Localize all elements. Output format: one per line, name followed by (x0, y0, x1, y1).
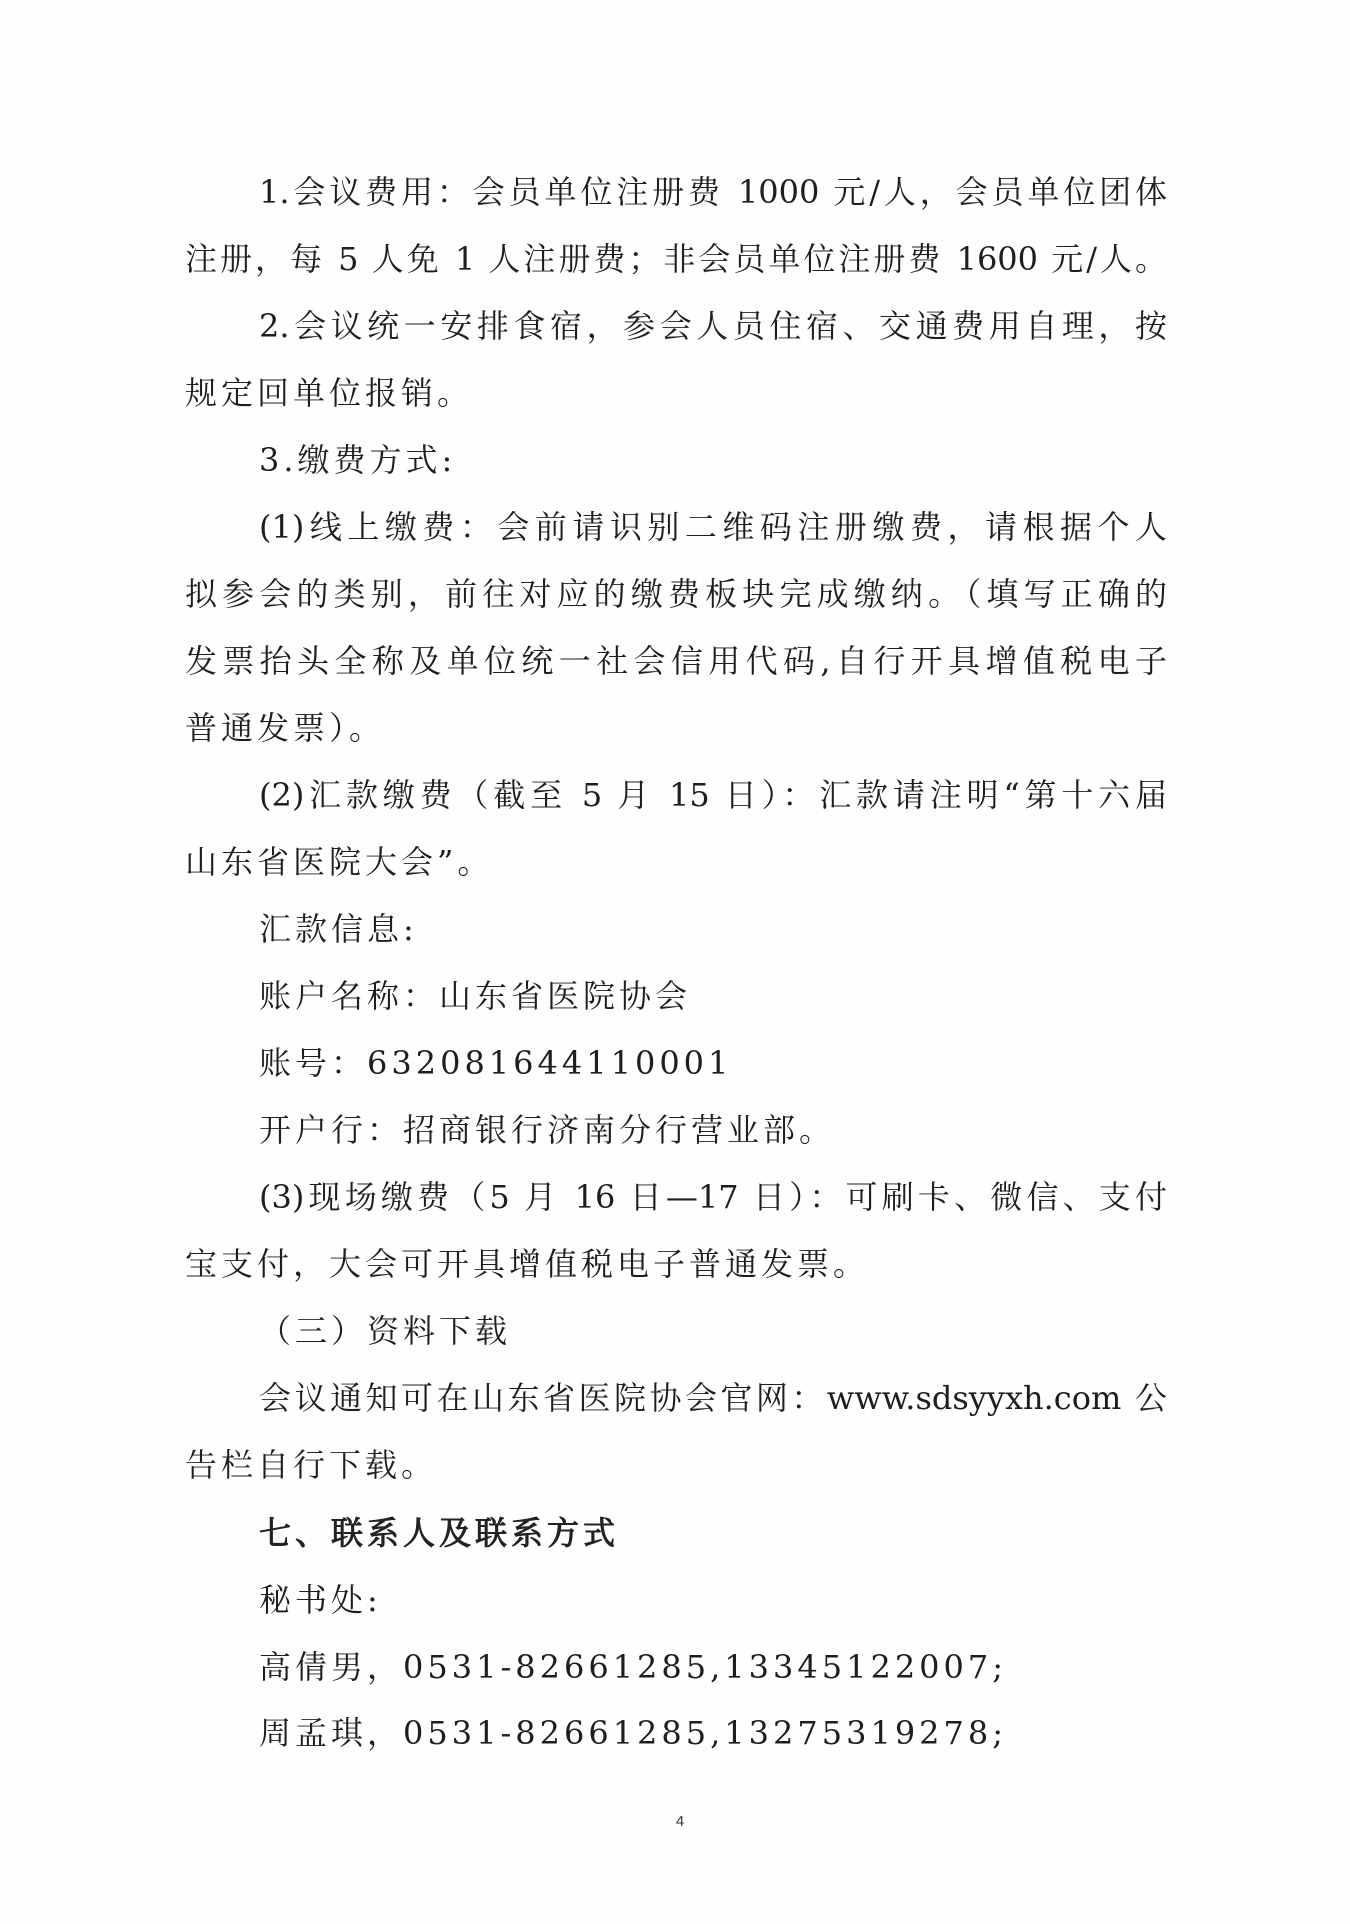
online-payment-line-4: 普通发票）。 (185, 706, 1167, 750)
bank-name: 开户行：招商银行济南分行营业部。 (259, 1108, 1167, 1152)
onsite-payment-line-1: (3)现场缴费（5 月 16 日—17 日）：可刷卡、微信、支付 (259, 1175, 1167, 1219)
account-number: 账号：632081644110001 (259, 1041, 1167, 1085)
onsite-payment-line-2: 宝支付，大会可开具增值税电子普通发票。 (185, 1242, 1167, 1286)
page-number: 4 (660, 1810, 700, 1834)
contact-gao: 高倩男，0531-82661285,13345122007; (259, 1645, 1167, 1689)
secretariat-label: 秘书处: (259, 1578, 1167, 1622)
contact-section-heading: 七、联系人及联系方式 (259, 1511, 1167, 1555)
download-info-line-1: 会议通知可在山东省医院协会官网：www.sdsyyxh.com 公 (259, 1376, 1167, 1420)
online-payment-line-2: 拟参会的类别，前往对应的缴费板块完成缴纳。（填写正确的 (185, 572, 1167, 616)
account-name: 账户名称：山东省医院协会 (259, 974, 1167, 1018)
remittance-payment-line-1: (2)汇款缴费（截至 5 月 15 日）：汇款请注明“第十六届 (259, 773, 1167, 817)
fee-item-1-line-2: 注册，每 5 人免 1 人注册费；非会员单位注册费 1600 元/人。 (185, 237, 1167, 281)
remittance-payment-line-2: 山东省医院大会”。 (185, 840, 1167, 884)
online-payment-line-3: 发票抬头全称及单位统一社会信用代码,自行开具增值税电子 (185, 639, 1167, 683)
download-section-heading: （三）资料下载 (259, 1309, 1167, 1353)
contact-zhou: 周孟琪，0531-82661285,13275319278; (259, 1711, 1167, 1755)
fee-item-2-line-1: 2.会议统一安排食宿，参会人员住宿、交通费用自理，按 (259, 304, 1167, 348)
download-info-line-2: 告栏自行下载。 (185, 1443, 1167, 1487)
payment-method-heading: 3.缴费方式: (259, 438, 1167, 482)
fee-item-2-line-2: 规定回单位报销。 (185, 371, 1167, 415)
document-page: 1.会议费用：会员单位注册费 1000 元/人，会员单位团体 注册，每 5 人免… (0, 0, 1350, 1924)
fee-item-1-line-1: 1.会议费用：会员单位注册费 1000 元/人，会员单位团体 (259, 170, 1167, 214)
online-payment-line-1: (1)线上缴费：会前请识别二维码注册缴费，请根据个人 (259, 505, 1167, 549)
remittance-info-label: 汇款信息: (259, 907, 1167, 951)
